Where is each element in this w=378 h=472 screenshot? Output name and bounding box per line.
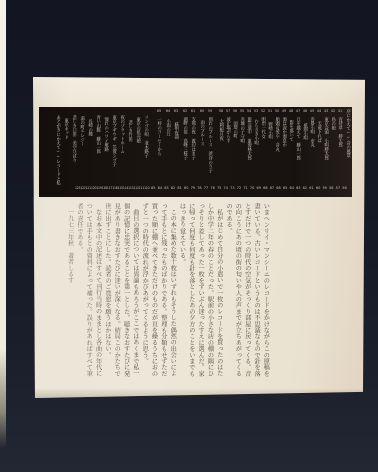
band-column-text: 青い山脈 藤山一郎 xyxy=(95,115,100,154)
body-text-column-text: いまヘンリイ・マンシーニのレコードをかけながらこの原稿を xyxy=(262,203,268,377)
track-number: 50 xyxy=(274,110,280,113)
band-column: 悲しき口笛 美空ひばり xyxy=(71,115,77,162)
band-column: 明治一代女 xyxy=(260,117,266,139)
body-text-column-text: 個の記憶に忠実であることを第一とした。聴きなおすたびに発 xyxy=(122,203,128,377)
body-text-column: はっきり覚えている。 xyxy=(178,203,185,265)
page-number: 62 xyxy=(303,187,307,191)
track-number: 54 xyxy=(246,110,252,113)
track-number: 60 xyxy=(199,110,205,113)
band-column-text: 祇園小唄 xyxy=(302,123,307,140)
track-number: 42 xyxy=(330,110,336,113)
page-number: 66 xyxy=(276,187,280,191)
band-column-text: 憧れのハワイ航路 xyxy=(103,117,108,151)
band-column-text: リンゴの唄 並木路子 xyxy=(143,115,148,158)
page-number: 67 xyxy=(270,187,274,191)
band-column-text: 丘を越えて 藤山一郎 xyxy=(295,117,300,160)
page-number: 70 xyxy=(250,187,254,191)
track-number: 56 xyxy=(232,110,238,113)
band-column: 宵待草 勝太郎 xyxy=(337,117,343,147)
page-number: 82 xyxy=(171,187,175,191)
band-column: 湯の町エレジー xyxy=(79,116,85,146)
band-column: むらさき小唄 xyxy=(253,119,259,145)
track-number: 51 xyxy=(267,110,273,113)
body-text-column-text: 世に出すことにした。読者のご寛恕を願うほかはない。 xyxy=(104,203,110,358)
band-column-text: 一杯のコーヒーから xyxy=(156,117,161,156)
band-column: 東京ブギウギ 笠置シヅ子 xyxy=(111,115,117,167)
body-text-column: とすだけで一つの時代の空気がそっくり部屋に戻ってくる。音 xyxy=(243,203,250,377)
band-column: 大利根月夜 xyxy=(218,119,224,141)
page-number: 73 xyxy=(230,187,234,191)
track-number: 41 xyxy=(337,110,343,113)
band-column: 沓掛小唄 市丸 xyxy=(309,117,315,147)
track-number: 53 xyxy=(253,110,259,113)
body-text-column: 個の記憶に忠実であることを第一とした。聴きなおすたびに発 xyxy=(122,203,129,377)
body-text-column: ずと一つの時代の流れが浮かびあがってくるように思う。 xyxy=(141,203,148,364)
track-number: 64 xyxy=(165,110,171,113)
page-number: 74 xyxy=(224,187,228,191)
band-column-text: 悲しき竹笛 xyxy=(127,120,132,142)
band-column: 支那の夜 渡辺はま子 xyxy=(190,117,196,160)
track-number: 48 xyxy=(288,110,294,113)
page-number: 61 xyxy=(309,187,313,191)
body-text-column: しか中学二年の春のことだった。駅前の小さな店の棚の隅にひ xyxy=(206,203,213,377)
body-text-column-text: 一九七三年秋 著者しるす xyxy=(66,209,72,283)
body-text-column: に帰って何度も何度も針を落としたあの夕方のことをいまでも xyxy=(187,203,194,377)
band-column-text: 天竜下れば xyxy=(316,121,321,143)
page-number: 69 xyxy=(257,187,261,191)
band-column: 序にかえて──音の風景 xyxy=(345,109,351,158)
band-column-text: 大利根月夜 xyxy=(218,119,223,141)
track-number: 49 xyxy=(281,110,287,113)
band-column-text: 雨のブルース xyxy=(199,120,204,146)
track-number: 59 xyxy=(207,110,213,113)
band-column-text: あとがきにかえて──レコードと私 xyxy=(55,115,60,185)
body-text-column-text: 書いている。古いレコードというものは不思議なもので針を落 xyxy=(253,203,259,377)
band-column: 国境の町 xyxy=(232,121,238,138)
body-text-column: っそりと差してあった一枚をずいぶん迷ったすえに選んだ。家 xyxy=(197,203,204,377)
band-column: 島の娘 xyxy=(330,117,336,130)
band-column-text: 波止場がらす xyxy=(225,117,230,143)
body-text-column: ついては手もとの資料によって補った。誤りがあればすべて筆 xyxy=(85,203,92,377)
band-column: 一杯のコーヒーから xyxy=(156,117,162,156)
band-column: 旅笠道中 東海林太郎 xyxy=(246,117,252,160)
track-number: 65 xyxy=(156,110,162,113)
band-column-text: 別れのブルース 淡谷のり子 xyxy=(207,117,212,173)
track-number: 45 xyxy=(309,110,315,113)
band-column: 別れのブルース 淡谷のり子 xyxy=(207,117,213,173)
page-number: 68 xyxy=(263,187,267,191)
page-number: 85 xyxy=(151,187,155,191)
band-column: 東京の花売娘 xyxy=(135,117,141,143)
track-number: 43 xyxy=(323,110,329,113)
body-text-column-text: っそりと差してあった一枚をずいぶん迷ったすえに選んだ。家 xyxy=(197,203,203,377)
band-column-text: むらさき小唄 xyxy=(253,119,258,145)
body-text-column: 見があり書きなおすたびに迷いが深くなる。結局このかたちで xyxy=(113,203,120,377)
body-text-column-text: 見があり書きなおすたびに迷いが深くなる。結局このかたちで xyxy=(113,203,119,377)
body-text-column: 書いている。古いレコードというものは不思議なもので針を落 xyxy=(253,203,260,377)
band-column-text: 小雨の丘 xyxy=(165,119,170,136)
body-text-column-text: とすだけで一つの時代の空気がそっくり部屋に戻ってくる。音 xyxy=(243,203,249,377)
band-column: 蘇州夜曲 xyxy=(173,122,179,139)
page-number: 59 xyxy=(322,187,326,191)
page-number: 64 xyxy=(289,187,293,191)
band-column: 影を慕いて xyxy=(288,120,294,142)
band-column: 東京音頭 小唄勝太郎 xyxy=(323,117,329,160)
band-column-text: 赤城の子守唄 xyxy=(239,117,244,143)
band-column: 赤城の子守唄 xyxy=(239,117,245,143)
page-numbers-left: 1231221211201191181171161151141131121111… xyxy=(75,187,147,190)
page-number: 65 xyxy=(283,187,287,191)
page-number: 58 xyxy=(329,187,333,191)
band-column-text: 旅笠道中 東海林太郎 xyxy=(246,117,251,160)
band-column: 夜のプラットホーム xyxy=(119,115,125,154)
track-number: 63 xyxy=(173,110,179,113)
band-column-text: 宵待草 勝太郎 xyxy=(337,117,342,147)
band-column-text: 湯の町エレジー xyxy=(79,116,84,146)
body-text-column-text: のである。 xyxy=(225,203,231,234)
page-number: 60 xyxy=(316,187,320,191)
track-number: 61 xyxy=(190,110,196,113)
track-number: 44 xyxy=(316,110,322,113)
band-column-text: 序にかえて──音の風景 xyxy=(345,109,350,158)
body-text-column-text: の向こうにあの頃の街の匂いや人の声までが立ちあがってくる xyxy=(234,203,240,377)
track-number: 62 xyxy=(182,110,188,113)
body-text-column-text: ずと一つの時代の流れが浮かびあがってくるように思う。 xyxy=(141,203,147,364)
body-text-column-text: しか中学二年の春のことだった。駅前の小さな店の棚の隅にひ xyxy=(206,203,212,377)
page-number: 76 xyxy=(210,187,214,191)
body-text-column-text: ついては手もとの資料によって補った。誤りがあればすべて筆 xyxy=(85,203,91,377)
band-column-text: 船頭可愛や 音丸 xyxy=(274,117,279,151)
band-column: 船頭可愛や 音丸 xyxy=(274,117,280,151)
body-text-column-text: この本に集めた数十枚はいずれもそうした偶然の出会いによ xyxy=(169,209,175,376)
band-column-text: 湖畔の宿 高峰三枝子 xyxy=(182,117,187,160)
band-column: リンゴの唄 並木路子 xyxy=(143,115,149,158)
page-number: 79 xyxy=(191,187,195,191)
track-number: 52 xyxy=(260,110,266,113)
body-text-column-text: 者の責任である。 xyxy=(76,203,82,253)
band-column: 青い山脈 藤山一郎 xyxy=(95,115,101,154)
track-number: 46 xyxy=(302,110,308,113)
page-number: 72 xyxy=(237,187,241,191)
band-column-text: 東京の花売娘 xyxy=(135,117,140,143)
band-column-text: 影を慕いて xyxy=(288,120,293,142)
page-number: 75 xyxy=(217,187,221,191)
body-text-column-text: はっきり覚えている。 xyxy=(178,203,184,265)
band-column: 長崎の鐘 xyxy=(87,119,93,136)
track-number: 55 xyxy=(239,110,245,113)
body-text-column-text: 私がはじめて自分の小遣いで一枚のレコードを買ったのはた xyxy=(215,209,221,376)
band-column-text: 島の娘 xyxy=(330,117,335,130)
band-column: 丘を越えて 藤山一郎 xyxy=(295,117,301,160)
page-number: 77 xyxy=(204,187,208,191)
afterword-text: いまヘンリイ・マンシーニのレコードをかけながらこの原稿を書いている。古いレコード… xyxy=(63,203,269,395)
body-text-column: って手もとに残ったものばかりである。整理も分類もせずただ xyxy=(159,203,166,377)
body-text-column-text: って手もとに残ったものばかりである。整理も分類もせずただ xyxy=(159,203,165,377)
band-column: 湖畔の宿 高峰三枝子 xyxy=(182,117,188,160)
contents-band: 1231221211201191181171161151141131121111… xyxy=(39,107,352,197)
body-text-column: 買った順に棚へ並べてきただけのものだが頁を繰るうちにおの xyxy=(150,203,157,377)
body-text-column: この本に集めた数十枚はいずれもそうした偶然の出会いによ xyxy=(169,209,176,376)
track-number: 47 xyxy=(295,110,301,113)
body-text-column: のである。 xyxy=(225,203,232,234)
book-page: 1231221211201191181171161151141131121111… xyxy=(33,77,365,398)
track-number: 57 xyxy=(225,110,231,113)
band-column-text: 夜のプラットホーム xyxy=(119,115,124,154)
band-column-text: 支那の夜 渡辺はま子 xyxy=(190,117,195,160)
band-column-text: 酒は涙か溜息か xyxy=(281,117,286,147)
band-column-text: 国境の町 xyxy=(232,121,237,138)
band-column: 波止場がらす xyxy=(225,117,231,143)
page-numbers-right: 8584838281807978777675747372717069686766… xyxy=(151,187,347,191)
band-column-text: 東京キッド xyxy=(63,118,68,140)
body-text-column-text: 買った順に棚へ並べてきただけのものだが頁を繰るうちにおの xyxy=(150,203,156,377)
page-number: 110 xyxy=(144,187,149,190)
page-number: 84 xyxy=(158,187,162,191)
track-number: 58 xyxy=(218,110,224,113)
page-number: 63 xyxy=(296,187,300,191)
body-text-column: 曲目の選択については異論もあろうがここではあくまで私一 xyxy=(132,209,139,376)
band-column-text: 長崎の鐘 xyxy=(87,119,92,136)
body-text-column: 私がはじめて自分の小遣いで一枚のレコードを買ったのはた xyxy=(215,209,222,376)
body-text-column: 者の責任である。 xyxy=(76,203,83,253)
band-column-text: 東京音頭 小唄勝太郎 xyxy=(323,117,328,160)
band-column: 憧れのハワイ航路 xyxy=(103,117,109,151)
band-column: 野崎小唄 xyxy=(267,122,273,139)
body-text-column: 一九七三年秋 著者しるす xyxy=(66,209,73,283)
body-text-column: の向こうにあの頃の街の匂いや人の声までが立ちあがってくる xyxy=(234,203,241,377)
band-column: 悲しき竹笛 xyxy=(127,120,133,142)
body-text-column-text: に帰って何度も何度も針を落としたあの夕方のことをいまでも xyxy=(187,203,193,377)
page-number: 83 xyxy=(164,187,168,191)
band-column: 酒は涙か溜息か xyxy=(281,117,287,147)
adjacent-page-edge xyxy=(0,0,6,448)
band-column: 東京キッド xyxy=(63,118,69,140)
band-column-text: 東京ブギウギ 笠置シヅ子 xyxy=(111,115,116,167)
band-column: あとがきにかえて──レコードと私 xyxy=(55,115,61,185)
body-text-column-text: 曲目の選択については異論もあろうがここではあくまで私一 xyxy=(132,209,138,376)
band-column-text: 野崎小唄 xyxy=(267,122,272,139)
page-number: 71 xyxy=(243,187,247,191)
band-column-text: 蘇州夜曲 xyxy=(173,122,178,139)
body-text-column-text: なお本文中の記述はすべて刊行当時のままとし各曲の年代に xyxy=(94,209,100,376)
body-text-column: いまヘンリイ・マンシーニのレコードをかけながらこの原稿を xyxy=(262,203,269,377)
page-number: 57 xyxy=(336,187,340,191)
body-text-column: 世に出すことにした。読者のご寛恕を願うほかはない。 xyxy=(104,203,111,358)
band-column-text: 明治一代女 xyxy=(260,117,265,139)
page-number: 78 xyxy=(197,187,201,191)
page-number: 80 xyxy=(184,187,188,191)
book-photo: { "band": { "corner_mark": "序", "columns… xyxy=(0,0,378,472)
body-text-column: なお本文中の記述はすべて刊行当時のままとし各曲の年代に xyxy=(94,209,101,376)
page-top-highlight xyxy=(33,77,365,107)
page-number: 56 xyxy=(342,187,346,191)
band-column: 天竜下れば xyxy=(316,121,322,143)
band-column: 小雨の丘 xyxy=(165,119,171,136)
band-column-text: 悲しき口笛 美空ひばり xyxy=(71,115,76,162)
page-bottom-shadow xyxy=(33,388,365,398)
band-column: 雨のブルース xyxy=(199,120,205,146)
band-column-text: 沓掛小唄 市丸 xyxy=(309,117,314,147)
band-column: 祇園小唄 xyxy=(302,123,308,140)
page-number: 81 xyxy=(177,187,181,191)
